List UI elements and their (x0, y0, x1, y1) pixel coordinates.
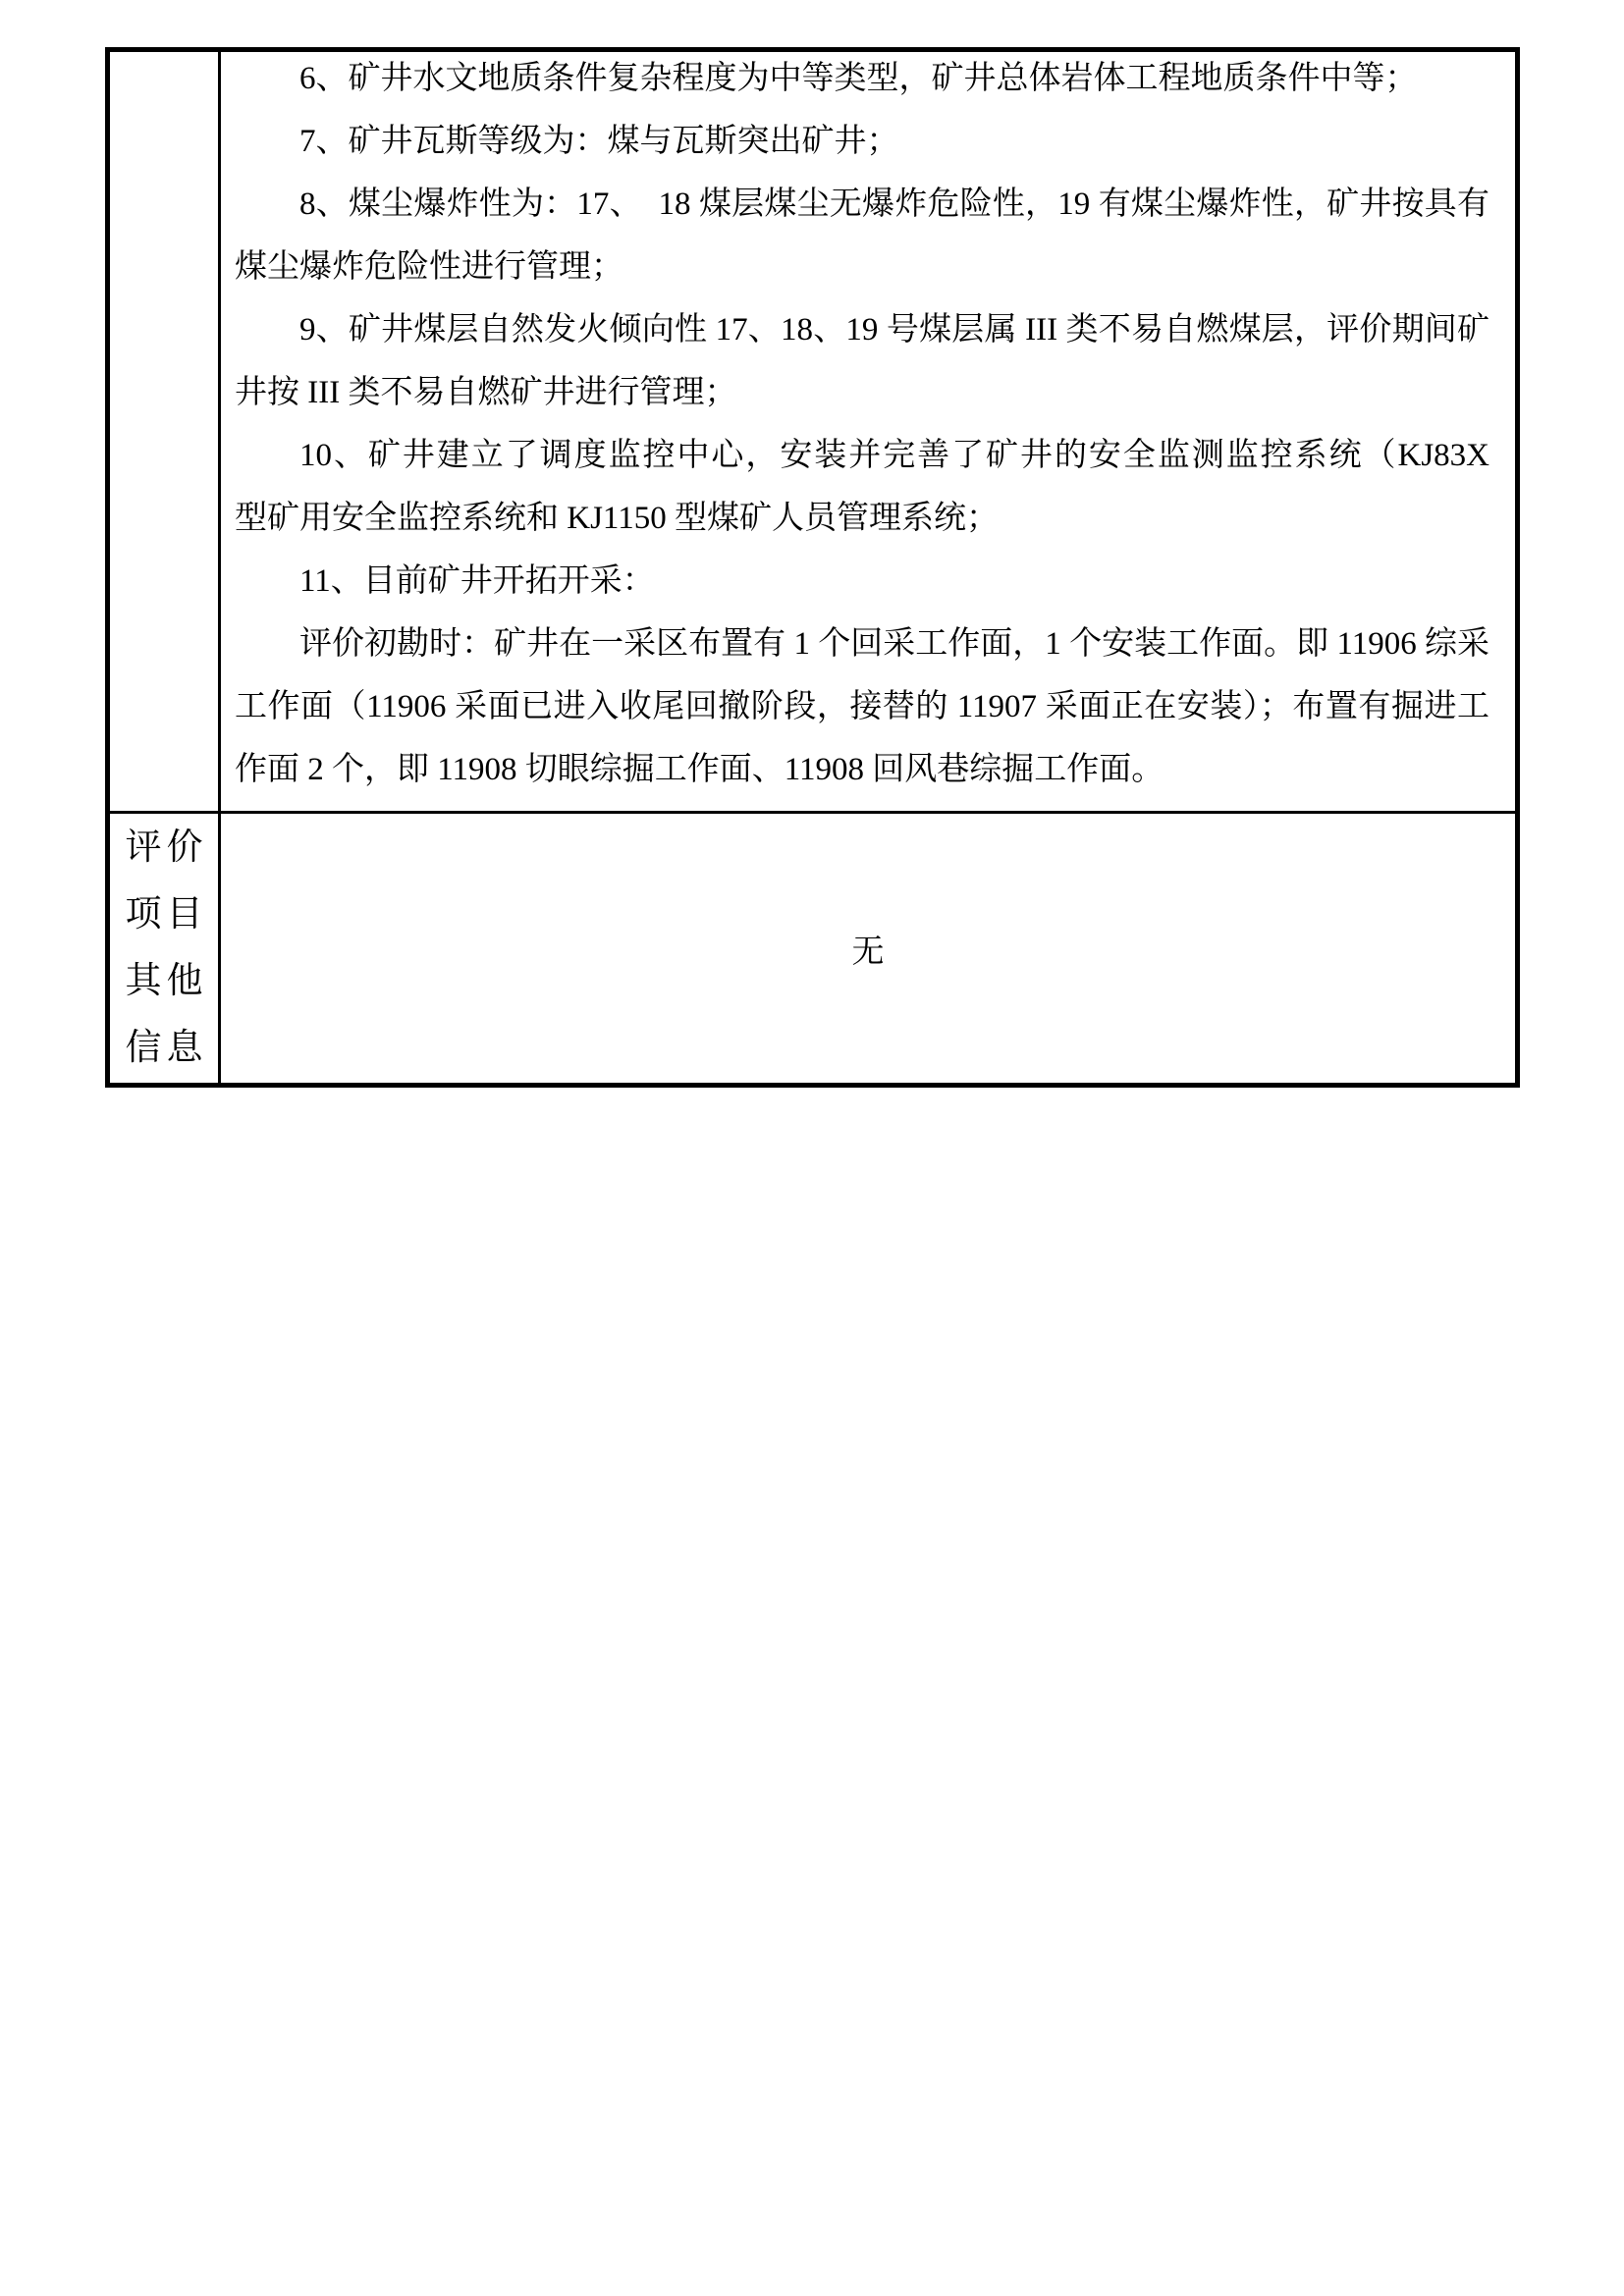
text-line-9-cont: 井按 III 类不易自燃矿井进行管理； (235, 361, 1489, 424)
document-page: 6、矿井水文地质条件复杂程度为中等类型，矿井总体岩体工程地质条件中等； 7、矿井… (0, 0, 1624, 2296)
text-line-6: 6、矿井水文地质条件复杂程度为中等类型，矿井总体岩体工程地质条件中等； (235, 52, 1489, 110)
text-line-8-cont: 煤尘爆炸危险性进行管理； (235, 236, 1489, 298)
label-line-4: 信息 (126, 1015, 208, 1082)
label-line-3: 其他 (126, 948, 208, 1015)
text-line-9: 9、矿井煤层自然发火倾向性 17、18、19 号煤层属 III 类不易自燃煤层，… (235, 298, 1489, 361)
other-info-value-cell: 无 (221, 814, 1515, 1083)
text-line-10-cont: 型矿用安全监控系统和 KJ1150 型煤矿人员管理系统； (235, 487, 1489, 550)
text-line-survey: 评价初勘时：矿井在一采区布置有 1 个回采工作面，1 个安装工作面。即 1190… (235, 613, 1489, 675)
label-line-2: 项目 (126, 881, 208, 948)
text-line-8: 8、煤尘爆炸性为：17、 18 煤层煤尘无爆炸危险性，19 有煤尘爆炸性，矿井按… (235, 173, 1489, 236)
continuation-label-cell-empty (110, 52, 221, 811)
table-row-other-info: 评价 项目 其他 信息 无 (110, 811, 1515, 1083)
text-line-7: 7、矿井瓦斯等级为：煤与瓦斯突出矿井； (235, 110, 1489, 173)
label-line-1: 评价 (126, 815, 208, 881)
continuation-content-cell: 6、矿井水文地质条件复杂程度为中等类型，矿井总体岩体工程地质条件中等； 7、矿井… (221, 52, 1515, 811)
text-line-10: 10、矿井建立了调度监控中心，安装并完善了矿井的安全监测监控系统（KJ83X（A… (235, 424, 1489, 487)
text-line-survey-cont1: 工作面（11906 采面已进入收尾回撤阶段，接替的 11907 采面正在安装）；… (235, 675, 1489, 738)
body-text: 6、矿井水文地质条件复杂程度为中等类型，矿井总体岩体工程地质条件中等； 7、矿井… (221, 52, 1515, 801)
table-row-continuation: 6、矿井水文地质条件复杂程度为中等类型，矿井总体岩体工程地质条件中等； 7、矿井… (110, 52, 1515, 811)
other-info-value: 无 (852, 926, 885, 972)
text-line-survey-cont2: 作面 2 个，即 11908 切眼综掘工作面、11908 回风巷综掘工作面。 (235, 738, 1489, 801)
text-line-11: 11、目前矿井开拓开采： (235, 550, 1489, 613)
other-info-label: 评价 项目 其他 信息 (110, 814, 221, 1083)
evaluation-table: 6、矿井水文地质条件复杂程度为中等类型，矿井总体岩体工程地质条件中等； 7、矿井… (105, 47, 1520, 1088)
